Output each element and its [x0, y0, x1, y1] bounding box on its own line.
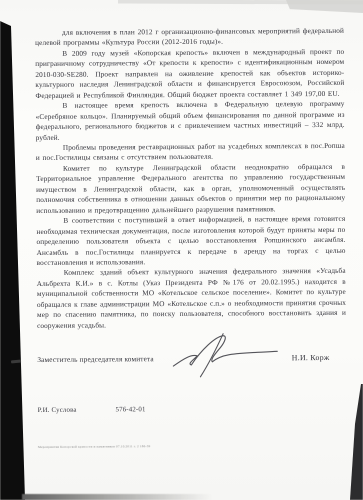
letter-body: для включения в план 2012 г организацион…: [35, 26, 347, 449]
paragraph-documentation-response: В соответствии с поступившей в ответ инф…: [36, 214, 345, 268]
paragraph-silver-ring-program: В настоящее время крепость включена в Фе…: [36, 99, 345, 143]
executor-phone: 576-42-01: [115, 406, 145, 413]
signatory-name: Н.И. Корж: [292, 353, 330, 362]
handwritten-signature: [170, 331, 288, 378]
paragraph-koporye-project: В 2009 году музей «Копорская крепость» в…: [35, 47, 344, 101]
paragraph-albrecht-estate: Комплекс зданий объект культурного значе…: [37, 266, 346, 331]
paragraph-plan-2012: для включения в план 2012 г организацион…: [35, 26, 344, 49]
executor-name: Р.И. Суслова: [38, 407, 77, 414]
signature-block: Заместитель председателя комитета Н.И. К…: [37, 341, 346, 375]
paragraph-restoration-problems: Проблемы проведения реставрационных рабо…: [36, 141, 345, 164]
scan-shadow-top-right: [286, 0, 363, 13]
illegible-footnote: Мероприятия Копорской крепости и памятни…: [38, 443, 347, 449]
scanned-letter-page: для включения в план 2012 г организацион…: [0, 0, 363, 500]
executor-line: Р.И. Суслова 576-42-01: [38, 405, 347, 414]
scan-edge-bottom: [22, 494, 212, 500]
signatory-title: Заместитель председателя комитета: [37, 354, 154, 364]
paragraph-committee-appeals: Комитет по культуре Ленинградской област…: [36, 162, 345, 216]
